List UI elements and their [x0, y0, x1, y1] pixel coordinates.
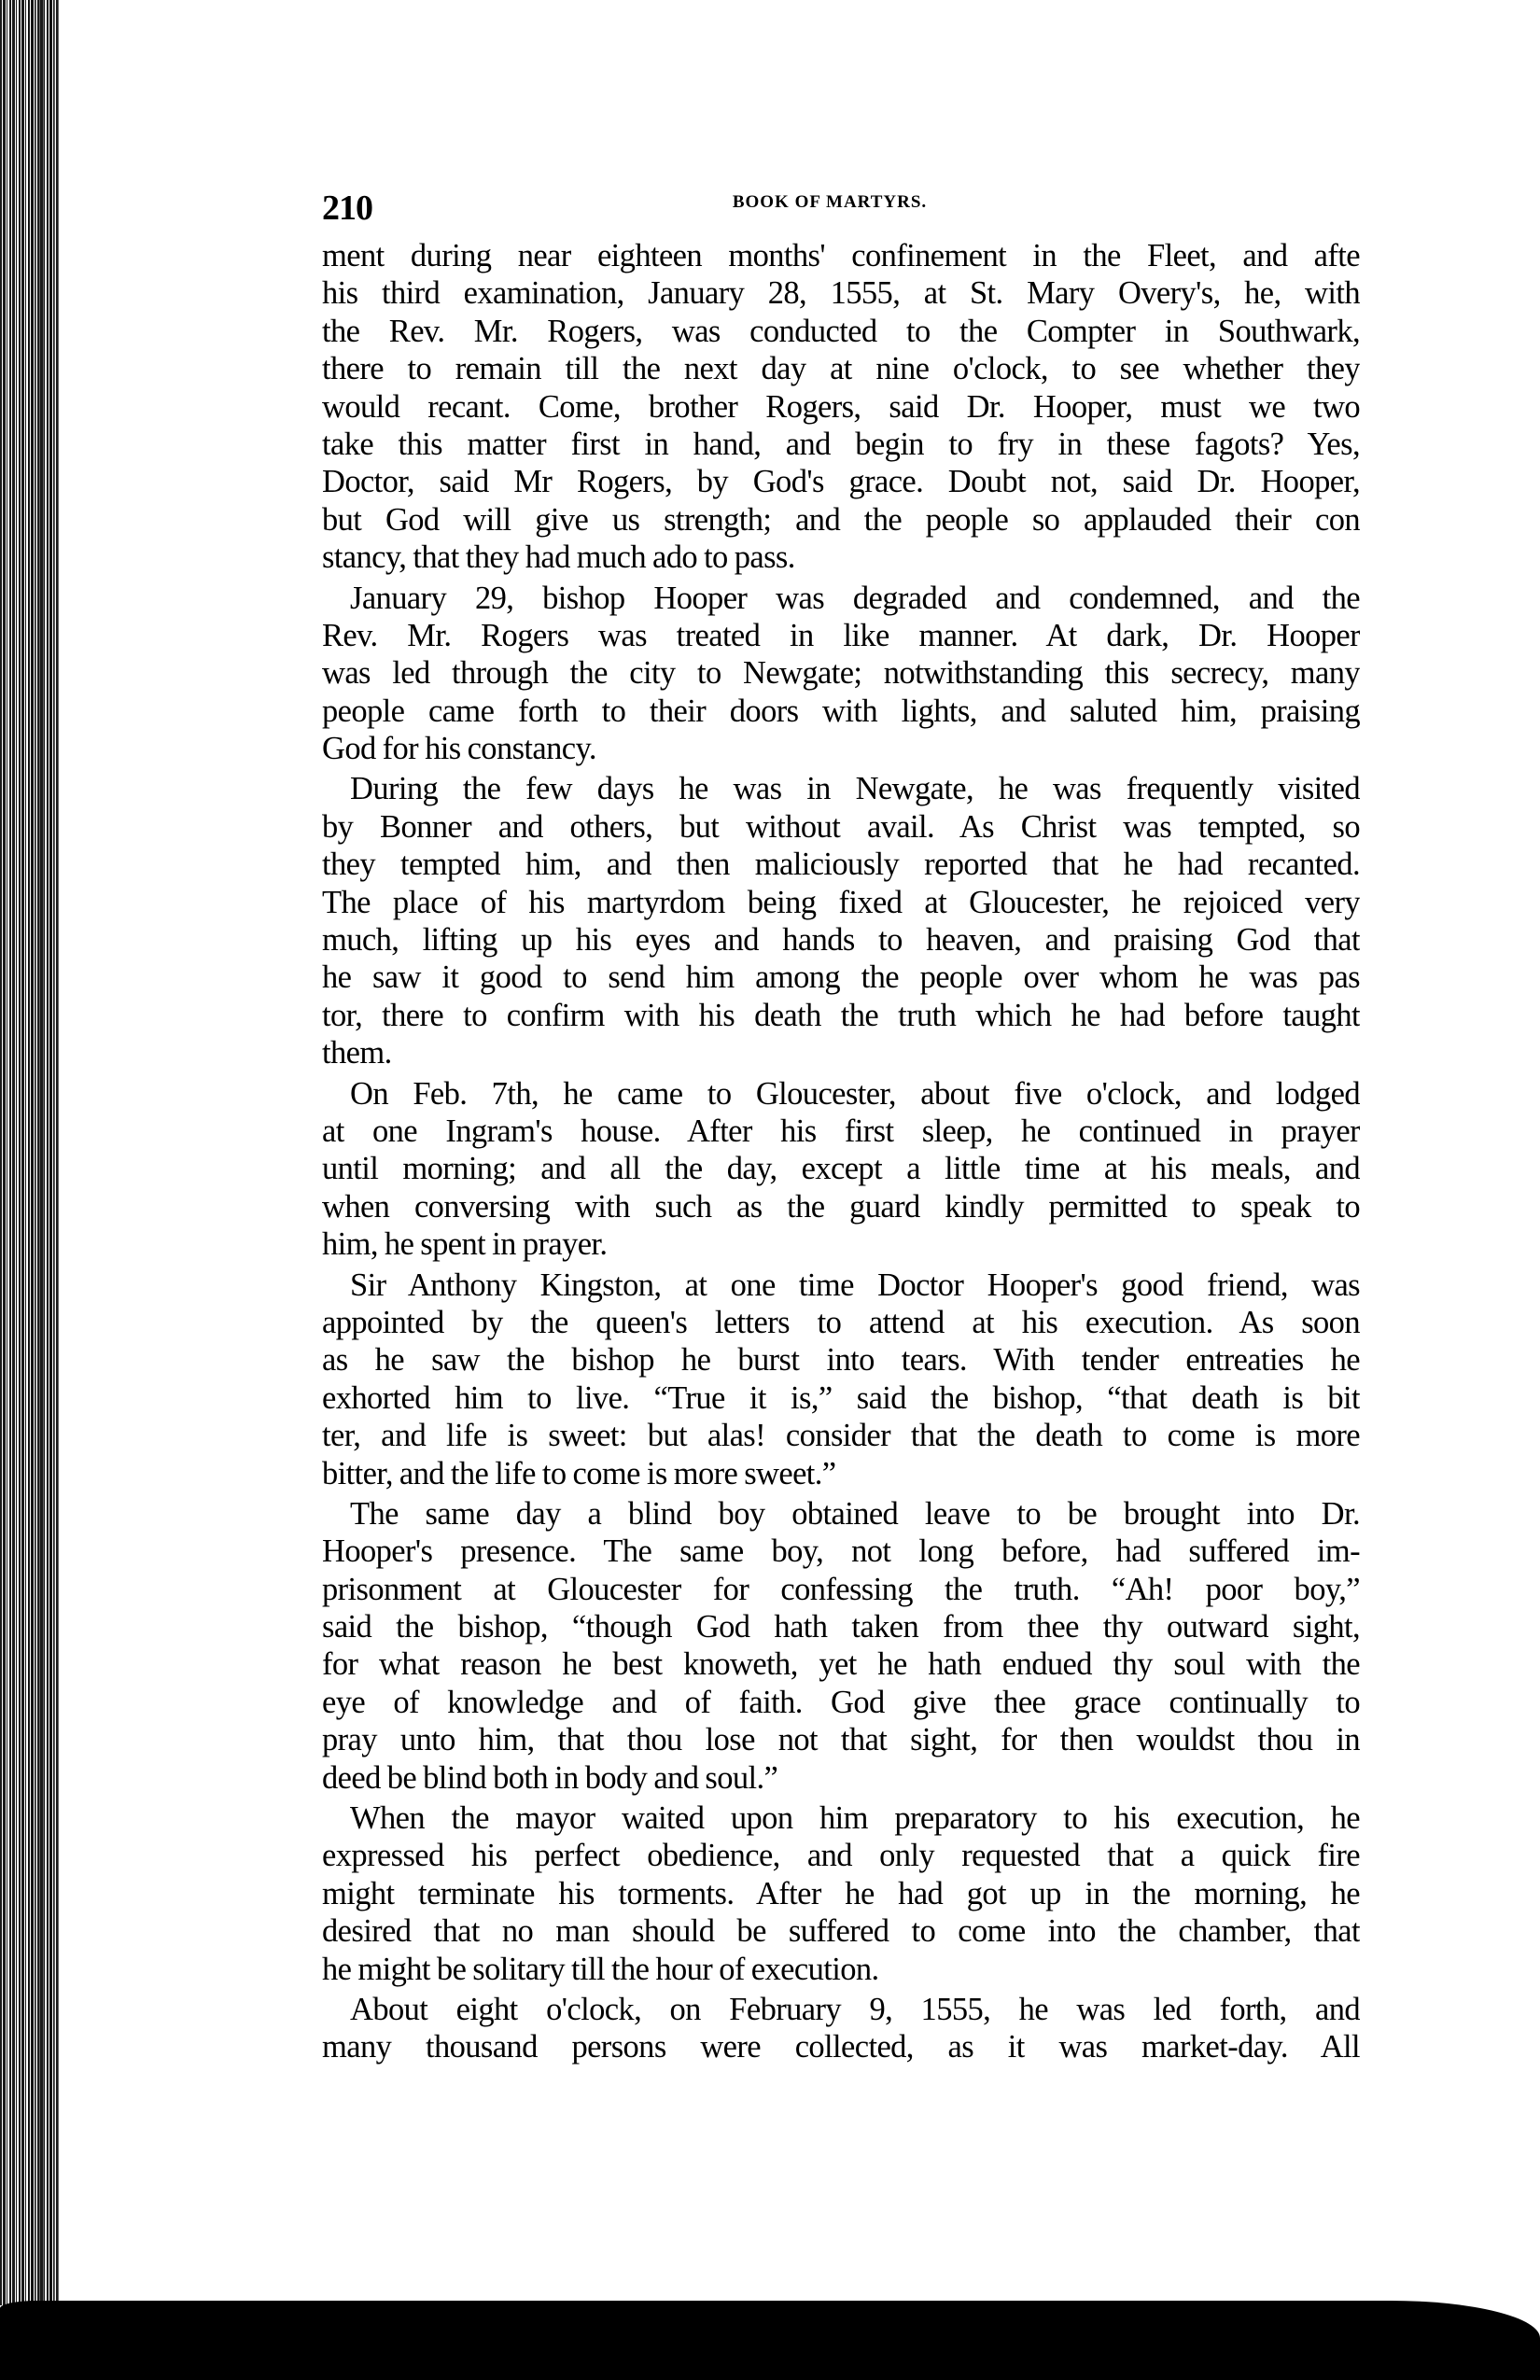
- text-line: eye of knowledge and of faith. God give …: [322, 1684, 1360, 1721]
- running-head: 210 Book of Martyrs.: [322, 187, 1360, 230]
- text-line: there to remain till the next day at nin…: [322, 350, 1360, 387]
- text-line: expressed his perfect obedience, and onl…: [322, 1837, 1360, 1874]
- text-line: until morning; and all the day, except a…: [322, 1150, 1360, 1187]
- text-line: many thousand persons were collected, as…: [322, 2028, 1360, 2065]
- text-line: said the bishop, “though God hath taken …: [322, 1608, 1360, 1645]
- text-line: During the few days he was in Newgate, h…: [322, 770, 1360, 807]
- text-line: much, lifting up his eyes and hands to h…: [322, 921, 1360, 959]
- text-line: ter, and life is sweet: but alas! consid…: [322, 1417, 1360, 1454]
- paragraph: During the few days he was in Newgate, h…: [322, 770, 1360, 1071]
- text-line: Rev. Mr. Rogers was treated in like mann…: [322, 617, 1360, 654]
- text-line: was led through the city to Newgate; not…: [322, 654, 1360, 692]
- text-line: take this matter first in hand, and begi…: [322, 426, 1360, 463]
- text-line: appointed by the queen's letters to atte…: [322, 1304, 1360, 1341]
- text-line: exhorted him to live. “True it is,” said…: [322, 1379, 1360, 1417]
- text-line: would recant. Come, brother Rogers, said…: [322, 388, 1360, 426]
- text-line: the Rev. Mr. Rogers, was conducted to th…: [322, 313, 1360, 350]
- text-line: might terminate his torments. After he h…: [322, 1875, 1360, 1912]
- paragraph: On Feb. 7th, he came to Gloucester, abou…: [322, 1075, 1360, 1264]
- scan-bottom-edge: [0, 2301, 1540, 2380]
- text-line: About eight o'clock, on February 9, 1555…: [322, 1991, 1360, 2028]
- text-line: when conversing with such as the guard k…: [322, 1188, 1360, 1225]
- text-line: pray unto him, that thou lose not that s…: [322, 1721, 1360, 1758]
- body-text: ment during near eighteen months' confin…: [322, 237, 1360, 2066]
- text-line: The place of his martyrdom being fixed a…: [322, 884, 1360, 921]
- text-line: Doctor, said Mr Rogers, by God's grace. …: [322, 463, 1360, 500]
- text-line: When the mayor waited upon him preparato…: [322, 1799, 1360, 1837]
- text-line: ment during near eighteen months' confin…: [322, 237, 1360, 274]
- text-line: stancy, that they had much ado to pass.: [322, 539, 1360, 576]
- paragraph: The same day a blind boy obtained leave …: [322, 1495, 1360, 1797]
- binding-shadow: [28, 0, 60, 2305]
- text-line: for what reason he best knoweth, yet he …: [322, 1645, 1360, 1683]
- text-line: God for his constancy.: [322, 730, 1360, 767]
- text-line: Hooper's presence. The same boy, not lon…: [322, 1533, 1360, 1570]
- paragraph: About eight o'clock, on February 9, 1555…: [322, 1991, 1360, 2066]
- text-line: tor, there to confirm with his death the…: [322, 997, 1360, 1034]
- text-line: him, he spent in prayer.: [322, 1225, 1360, 1263]
- text-line: by Bonner and others, but without avail.…: [322, 808, 1360, 846]
- text-line: deed be blind both in body and soul.”: [322, 1759, 1360, 1797]
- text-line: as he saw the bishop he burst into tears…: [322, 1341, 1360, 1379]
- text-line: prisonment at Gloucester for confessing …: [322, 1571, 1360, 1608]
- text-line: at one Ingram's house. After his first s…: [322, 1113, 1360, 1150]
- text-line: The same day a blind boy obtained leave …: [322, 1495, 1360, 1533]
- text-line: January 29, bishop Hooper was degraded a…: [322, 580, 1360, 617]
- text-line: his third examination, January 28, 1555,…: [322, 274, 1360, 312]
- paragraph: Sir Anthony Kingston, at one time Doctor…: [322, 1267, 1360, 1492]
- text-line: he might be solitary till the hour of ex…: [322, 1951, 1360, 1988]
- text-line: but God will give us strength; and the p…: [322, 501, 1360, 539]
- paragraph: January 29, bishop Hooper was degraded a…: [322, 580, 1360, 768]
- text-line: they tempted him, and then maliciously r…: [322, 846, 1360, 883]
- text-line: desired that no man should be suffered t…: [322, 1912, 1360, 1950]
- running-title: Book of Martyrs.: [322, 192, 1360, 213]
- text-line: people came forth to their doors with li…: [322, 693, 1360, 730]
- text-line: them.: [322, 1034, 1360, 1071]
- paragraph: ment during near eighteen months' confin…: [322, 237, 1360, 577]
- text-line: On Feb. 7th, he came to Gloucester, abou…: [322, 1075, 1360, 1113]
- text-line: he saw it good to send him among the peo…: [322, 959, 1360, 996]
- paragraph: When the mayor waited upon him preparato…: [322, 1799, 1360, 1988]
- text-line: Sir Anthony Kingston, at one time Doctor…: [322, 1267, 1360, 1304]
- text-line: bitter, and the life to come is more swe…: [322, 1455, 1360, 1492]
- book-page: 210 Book of Martyrs. ment during near ei…: [322, 187, 1360, 2066]
